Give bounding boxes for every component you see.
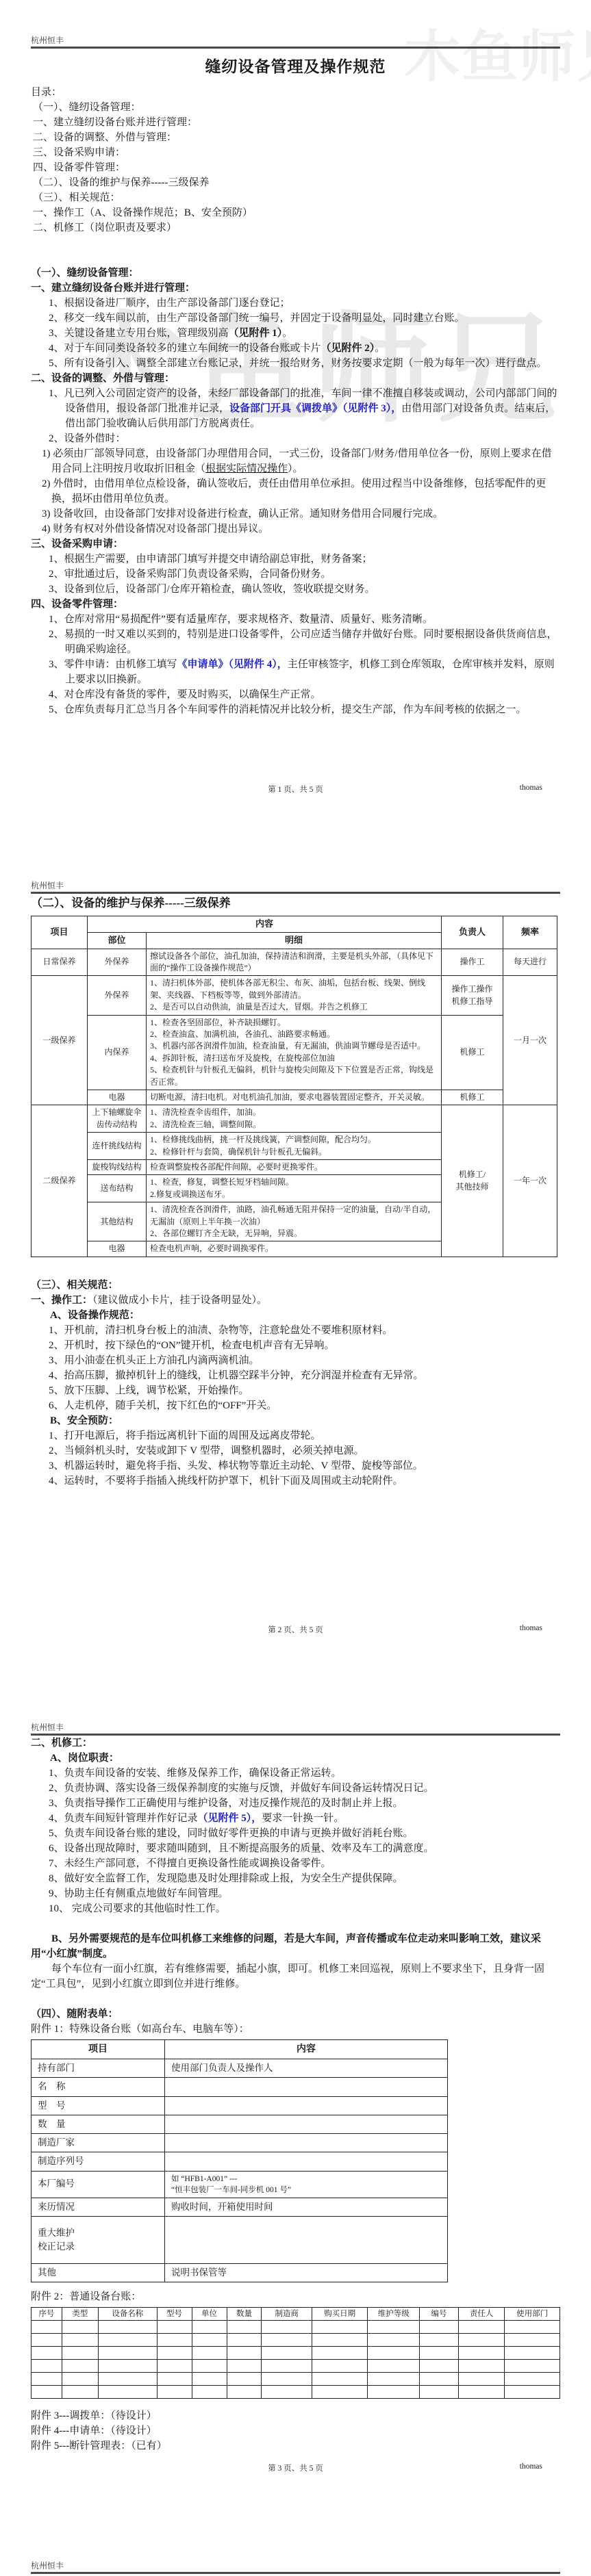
table-cell (62, 2334, 98, 2347)
toc-item: 一、操作工（A、设备操作规范；B、安全预防） (31, 205, 560, 220)
paragraph: 2、审批通过后，设备采购部门负责设备采购，合同备份财务。 (31, 567, 560, 582)
toc-item: 二、机修工（岗位职责及要求） (31, 220, 560, 235)
paragraph: 8、做好安全监督工作，发现隐患及时处理排除或上报，为安全生产提供保障。 (31, 1871, 560, 1886)
table-cell: 上下轴螺旋伞齿传动结构 (88, 1105, 147, 1133)
table-row: 名 称 (32, 2078, 448, 2096)
table-cell: 来历情况 (32, 2198, 165, 2216)
table-row (32, 2373, 560, 2386)
text-run (31, 237, 34, 248)
table-cell: 1、检查，修复，调整长短牙档轴间隙。 2.修复或调换送布牙。 (147, 1175, 442, 1202)
page-4: 杭州恒丰 (0, 2532, 591, 2576)
table-row: 持有部门使用部门负责人及操作人 (32, 2059, 448, 2078)
table-cell (505, 2321, 560, 2334)
table-cell (62, 2373, 98, 2386)
text-run: 2、易损的一时又难以买到的，特别是进口设备零件，公司应适当储存并做好台账。同时要… (49, 629, 557, 655)
table-cell: 送布结构 (88, 1175, 147, 1202)
attachment1-table: 项目内容持有部门使用部门负责人及操作人名 称 型 号 数 量 制造厂家 制造序列… (31, 2039, 448, 2282)
column-header: 类型 (62, 2308, 98, 2321)
table-cell (62, 2360, 98, 2373)
table-cell: 内保养 (88, 1015, 147, 1090)
text-run: 一、建立缝纫设备台账并进行管理： (33, 117, 197, 128)
table-cell (32, 2334, 62, 2347)
column-header: 设备名称 (98, 2308, 157, 2321)
column-header: 项目 (32, 2040, 165, 2059)
paragraph: 附件 4---申请单：（待设计） (31, 2423, 560, 2438)
text-run: 每个车位有一面小红旗，若有维修需要，插起小旗，即可。机修工来回巡视，原则上不要求… (31, 1963, 544, 1989)
table-cell (32, 2373, 62, 2386)
text-run: 一、建立缝纫设备台账并进行管理： (31, 283, 195, 294)
section-heading: 三、设备采购申请： (31, 537, 560, 552)
table-cell: 外保养 (88, 949, 147, 976)
table-row: 电器切断电源，清扫电机。对电机油孔加油，要求电器装置固定整齐，开关灵敏。机修工 (32, 1090, 557, 1105)
footer-author: thomas (520, 2462, 542, 2471)
paragraph: 9、协助主任有侧重点地做好车间管理。 (31, 1886, 560, 1901)
table-cell (419, 2321, 458, 2334)
paragraph: 3) 设备收回，由设备部门安排对设备进行检查，确认正常。通知财务借用合同履行完成… (31, 506, 560, 521)
text-run: 4、抬高压脚，撤掉机针上的缝线，让机器空踩半分钟，充分润湿并检查有无异常。 (49, 1370, 424, 1381)
section-heading: 四、设备零件管理： (31, 597, 560, 612)
table-cell: 如 “HFB1-A001” --- “恒丰包装厂一车间-同步机 001 号” (165, 2171, 448, 2198)
document-title: 缝纫设备管理及操作规范 (31, 54, 560, 77)
table-cell: 日常保养 (32, 949, 88, 976)
table-cell (505, 2373, 560, 2386)
paragraph: 3、设备到位后，设备部门/仓库开箱检查，确认签收，签收联提交财务。 (31, 582, 560, 597)
paragraph: 5、仓库负责每月汇总当月各个车间零件的消耗情况并比较分析，提交生产部，作为车间考… (31, 702, 560, 717)
page-header-company: 杭州恒丰 (31, 881, 560, 894)
attachment-notes: 附件 3---调拨单：（待设计）附件 4---申请单：（待设计）附件 5---断… (31, 2408, 560, 2453)
table-row: 其他说明书保管等 (32, 2263, 448, 2282)
column-header: 项目 (32, 916, 88, 949)
table-cell (32, 2386, 62, 2399)
table-cell (62, 2347, 98, 2360)
table-cell (192, 2373, 227, 2386)
spacer (31, 1992, 560, 2007)
paragraph: B、另外需要规范的是车位叫机修工来维修的问题，若是大车间，声音传播或车位走动来叫… (31, 1931, 560, 1961)
column-header: 内容 (165, 2040, 448, 2059)
text-run: 二、机修工（岗位职责及要求） (33, 222, 177, 233)
table-cell (459, 2334, 505, 2347)
text-run: ）。 (288, 463, 303, 474)
table-cell: 名 称 (32, 2078, 165, 2096)
page-footer: 第 1 页、共 5 页 thomas (31, 784, 560, 795)
table-cell (459, 2347, 505, 2360)
column-header: 单位 (192, 2308, 227, 2321)
table-row: 制造序列号 (32, 2152, 448, 2171)
text-run: 2、设备外借时： (49, 433, 126, 444)
text-run: 5、负责车间设备台账的建设，同时做好零件更换的申请与更换并做好消耗台账。 (49, 1828, 414, 1839)
text-run: （建议做成小卡片，挂于设备明显处）。 (92, 1295, 267, 1306)
table-cell (368, 2386, 419, 2399)
table-cell (312, 2360, 368, 2373)
table-cell (98, 2373, 157, 2386)
paragraph: 4) 财务有权对外借设备情况对设备部门提出异议。 (31, 521, 560, 537)
table-cell (157, 2347, 192, 2360)
table-cell (62, 2386, 98, 2399)
paragraph: 2、设备外借时： (31, 431, 560, 446)
text-run: 一、操作工（A、设备操作规范；B、安全预防） (33, 207, 253, 218)
toc-item: （一）、缝纫设备管理： (31, 100, 560, 115)
paragraph: 3、机器运转时，避免将手指、头发、棒状物等靠近主动轮、V 型带、旋梭等部位。 (31, 1458, 560, 1473)
text-run: 1、仓库对常用“易损配件”要有适量库存，要求规格齐、数量清、质量好、账务清晰。 (49, 614, 433, 625)
table-cell (192, 2360, 227, 2373)
text-run: 1、打开电源后，将手指远离机针下面的周围及远离皮带轮。 (49, 1430, 321, 1441)
table-cell: 持有部门 (32, 2059, 165, 2078)
text-run: 6、设备出现故障时，要求随叫随到，且不断提高服务的质量、效率及车工的满意度。 (49, 1843, 434, 1854)
section-heading: A、设备操作规范： (31, 1308, 560, 1323)
section-heading: 二、设备的调整、外借与管理： (31, 371, 560, 386)
text-run: 3) 设备收回，由设备部门安排对设备进行检查，确认正常。通知财务借用合同履行完成… (42, 508, 443, 519)
text-run: （二）、设备的维护与保养-----三级保养 (33, 177, 209, 188)
table-cell (419, 2373, 458, 2386)
table-cell: 其他结构 (88, 1202, 147, 1241)
text-run: 9、协助主任有侧重点地做好车间管理。 (49, 1888, 229, 1899)
column-header: 购买日期 (312, 2308, 368, 2321)
table-cell (262, 2321, 312, 2334)
table-cell (459, 2321, 505, 2334)
paragraph: 每个车位有一面小红旗，若有维修需要，插起小旗，即可。机修工来回巡视，原则上不要求… (31, 1961, 560, 1992)
table-cell (98, 2334, 157, 2347)
table-cell (32, 2360, 62, 2373)
table-cell: 购收时间，开箱使用时间 (165, 2198, 448, 2216)
maintenance-table: 项目内容负责人频率部位明细日常保养外保养擦试设备各个部位，油孔加油，保持清洁和润… (31, 916, 557, 1257)
page-3: 杭州恒丰 二、机修工：A、岗位职责：1、负责车间设备的安装、维修及保养工作，确保… (0, 1687, 591, 2532)
column-header: 内容 (88, 916, 442, 933)
page-footer: 第 2 页、共 5 页 thomas (31, 1624, 560, 1635)
text-run (31, 1918, 34, 1929)
table-cell: 连杆挑线结构 (88, 1133, 147, 1160)
paragraph: 1、根据生产需要，由申请部门填写并提交申请给副总审批，财务备案； (31, 552, 560, 567)
table-cell: 操作工 (442, 949, 503, 976)
attachment-link: 《申请单》（见附件 4）， (177, 659, 288, 670)
paragraph: 附件 5---断针管理表：（已有） (31, 2438, 560, 2453)
paragraph: 1) 必须由厂部领导同意，由设备部门办理借用合同，一式三份，设备部门/财务/借用… (31, 446, 560, 476)
table-cell (98, 2321, 157, 2334)
text-run: 要求一针换一针。 (262, 1813, 344, 1824)
attachment2-heading: 附件 2：普通设备台账： (31, 2289, 560, 2304)
table-row: 型 号 (32, 2096, 448, 2115)
text-run: 2、当倾斜机头时，安装或卸下 V 型带，调整机器时，必须关掉电源。 (49, 1445, 364, 1456)
table-cell (262, 2386, 312, 2399)
text-run: 3、用小油壶在机头正上方油孔内滴两滴机油。 (49, 1355, 260, 1366)
table-cell: 其他 (32, 2263, 165, 2282)
attachment-link: （见附件 5）， (198, 1813, 262, 1824)
column-header: 频率 (503, 916, 557, 949)
toc-item: 一、建立缝纫设备台账并进行管理： (31, 115, 560, 130)
table-cell: 操作工操作 机修工指导 (442, 976, 503, 1015)
table-cell: 机修工 (442, 1015, 503, 1090)
text-run: 6、人走机停，随手关机，按下红色的“OFF”开关。 (49, 1400, 277, 1411)
text-run: （一）、缝纫设备管理： (31, 268, 139, 279)
text-run: 4、运转时，不要将手指插入挑线杆防护罩下，机针下面及周围或主动轮附件。 (49, 1476, 403, 1486)
column-header: 部位 (88, 932, 147, 949)
section-heading: A、岗位职责： (31, 1751, 560, 1766)
table-cell (165, 2216, 448, 2263)
table-cell (262, 2360, 312, 2373)
page2-body: （三）、相关规范：一、操作工：（建议做成小卡片，挂于设备明显处）。A、设备操作规… (31, 1278, 560, 1489)
paragraph: 4、对仓库没有备货的零件，要及时购买，以确保生产正常。 (31, 687, 560, 702)
table-cell (505, 2386, 560, 2399)
table-cell: 制造厂家 (32, 2134, 165, 2152)
table-cell (419, 2334, 458, 2347)
table-row: 来历情况购收时间，开箱使用时间 (32, 2198, 448, 2216)
table-cell (227, 2373, 262, 2386)
text-run: 2、负责协调、落实设备三级保养制度的实施与反馈，并做好车间设备运转情况日记。 (49, 1783, 434, 1794)
table-cell (98, 2360, 157, 2373)
page-1: 木鱼师兄 木鱼师兄 杭州恒丰 缝纫设备管理及操作规范 目录：（一）、缝纫设备管理… (0, 0, 591, 845)
table-cell (227, 2334, 262, 2347)
text-run: 2) 外借时，由借用单位点检设备，确认签收后，责任由借用单位承担。使用过程当中设… (42, 478, 546, 504)
text-run: 附件 5---断针管理表：（已有） (31, 2440, 167, 2451)
text-run: 3、机器运转时，避免将手指、头发、棒状物等靠近主动轮、V 型带、旋梭等部位。 (49, 1460, 423, 1471)
column-header: 数量 (227, 2308, 262, 2321)
text-run: 3、负责指导操作工正确使用与维护设备，对违反操作规范的及时制止并上报。 (49, 1798, 403, 1809)
text-run: 。 (282, 328, 292, 339)
page-header-company: 杭州恒丰 (31, 2561, 560, 2574)
table-cell (368, 2334, 419, 2347)
table-cell (165, 2115, 448, 2133)
table-cell (262, 2373, 312, 2386)
text-run: 5、所有设备引入、调整全部建立台账记录，并统一报给财务，财务按要求定期（一般为每… (49, 358, 547, 369)
column-header: 序号 (32, 2308, 62, 2321)
paragraph: 4、负责车间短针管理并作好记录（见附件 5），要求一针换一针。 (31, 1811, 560, 1826)
page-number: 第 2 页、共 5 页 (31, 1624, 560, 1635)
column-header: 负责人 (442, 916, 503, 949)
text-run: 7、未经生产部同意，不得擅自更换设备性能或调换设备零件。 (49, 1858, 331, 1869)
column-header: 使用部门 (505, 2308, 560, 2321)
table-cell: 1、检修挑线曲柄，挑一杆及挑线簧，产调整间隙，配合均匀。 2、检修针杆与套筒，确… (147, 1133, 442, 1160)
text-run: 8、做好安全监督工作，发现隐患及时处理排除或上报，为安全生产提供保障。 (49, 1873, 403, 1884)
table-cell: 电器 (88, 1090, 147, 1105)
table-cell (157, 2321, 192, 2334)
page-2: 杭州恒丰 （二）、设备的维护与保养-----三级保养 项目内容负责人频率部位明细… (0, 845, 591, 1687)
table-row: 项目内容 (32, 2040, 448, 2059)
table-cell (459, 2360, 505, 2373)
table-cell: 检查电机声响，必要时调换零件。 (147, 1241, 442, 1257)
paragraph: 4、抬高压脚，撤掉机针上的缝线，让机器空踩半分钟，充分润湿并检查有无异常。 (31, 1368, 560, 1383)
table-cell (157, 2386, 192, 2399)
table-cell: 旋梭钩线结构 (88, 1159, 147, 1174)
table-cell: 机修工/ 其他技师 (442, 1105, 503, 1257)
table-cell (368, 2373, 419, 2386)
table-cell (32, 2321, 62, 2334)
paragraph: 5、所有设备引入、调整全部建立台账记录，并统一报给财务，财务按要求定期（一般为每… (31, 356, 560, 371)
table-cell: 制造序列号 (32, 2152, 165, 2171)
section-heading: 一、操作工：（建议做成小卡片，挂于设备明显处）。 (31, 1293, 560, 1308)
table-cell (157, 2360, 192, 2373)
text-run: 3、关键设备建立专用台账，管理级别高 (49, 328, 229, 339)
text-run: 4、对于车间同类设备较多的建立车间统一的设备台账或卡片 (49, 343, 321, 354)
table-cell (157, 2373, 192, 2386)
section-heading: （四）、随附表单： (31, 2007, 560, 2022)
toc-item: （二）、设备的维护与保养-----三级保养 (31, 175, 560, 190)
text-run: （见附件 2） (321, 343, 375, 354)
text-run: （三）、相关规范： (31, 1280, 118, 1291)
table-cell: 说明书保管等 (165, 2263, 448, 2282)
table-cell (312, 2321, 368, 2334)
table-cell (32, 2347, 62, 2360)
paragraph: 1、凡已列入公司固定资产的设备，未经厂部设备部门的批准，车间一律不准擅自移装或调… (31, 386, 560, 431)
paragraph: 2、负责协调、落实设备三级保养制度的实施与反馈，并做好车间设备运转情况日记。 (31, 1781, 560, 1796)
text-run: A、岗位职责： (50, 1753, 119, 1764)
text-run: B、另外需要规范的是车位叫机修工来维修的问题，若是大车间，声音传播或车位走动来叫… (31, 1933, 541, 1959)
table-row: 制造厂家 (32, 2134, 448, 2152)
paragraph: 2) 外借时，由借用单位点检设备，确认签收后，责任由借用单位承担。使用过程当中设… (31, 476, 560, 506)
table-row: 日常保养外保养擦试设备各个部位，油孔加油，保持清洁和润滑，主要是机头外部，（具体… (32, 949, 557, 976)
text-run: （见附件 1） (229, 328, 283, 339)
table-cell (419, 2386, 458, 2399)
table-cell (62, 2321, 98, 2334)
table-cell: 一级保养 (32, 976, 88, 1105)
paragraph: 2、当倾斜机头时，安装或卸下 V 型带，调整机器时，必须关掉电源。 (31, 1443, 560, 1458)
text-run: 四、设备零件管理： (33, 162, 125, 173)
text-run: 三、设备采购申请： (33, 147, 125, 158)
page1-body: 目录：（一）、缝纫设备管理：一、建立缝纫设备台账并进行管理：二、设备的调整、外借… (31, 85, 560, 717)
column-header: 责任人 (459, 2308, 505, 2321)
toc-item: 二、设备的调整、外借与管理： (31, 130, 560, 145)
section-title-maintenance: （二）、设备的维护与保养-----三级保养 (31, 895, 560, 912)
text-run: 二、设备的调整、外借与管理： (33, 132, 177, 143)
table-row: 二级保养上下轴螺旋伞齿传动结构1、清洗检查伞齿组件，加油。 2、清洗检查三轴，调… (32, 1105, 557, 1133)
table-cell: 本厂编号 (32, 2171, 165, 2198)
page-header-company: 杭州恒丰 (31, 36, 560, 49)
page3-body: 二、机修工：A、岗位职责：1、负责车间设备的安装、维修及保养工作，确保设备正常运… (31, 1736, 560, 2037)
paragraph: 5、负责车间设备台账的建设，同时做好零件更换的申请与更换并做好消耗台账。 (31, 1826, 560, 1841)
text-run: 附件 3---调拨单：（待设计） (31, 2410, 157, 2421)
column-header: 明细 (147, 932, 442, 949)
table-row (32, 2321, 560, 2334)
table-cell: 电器 (88, 1241, 147, 1257)
table-cell (227, 2386, 262, 2399)
table-cell (312, 2386, 368, 2399)
text-run: 5、放下压脚、上线，调节松紧，开始操作。 (49, 1385, 249, 1396)
paragraph: 10、 完成公司要求的其他临时性工作。 (31, 1901, 560, 1916)
text-run: 4、对仓库没有备货的零件，要及时购买，以确保生产正常。 (49, 689, 321, 700)
text-run: 根据实际情况操作 (205, 463, 288, 474)
table-cell (368, 2321, 419, 2334)
toc-item: （三）、相关规范： (31, 190, 560, 205)
text-run: 二、机修工： (31, 1738, 92, 1749)
table-cell: 1、清扫机体外部，使机体各部无积尘、布灰、油垢，包括台板、线架、倒线架、夹线器、… (147, 976, 442, 1015)
table-cell (227, 2321, 262, 2334)
watermark: 木鱼师兄 (404, 12, 591, 92)
text-run: 一、操作工： (31, 1295, 92, 1306)
column-header: 维护等级 (368, 2308, 419, 2321)
spacer (31, 235, 560, 250)
paragraph: 1、开机前，清扫机身台板上的油渍、杂物等，注意轮盘处不要堆积原材料。 (31, 1323, 560, 1338)
paragraph: 1、负责车间设备的安装、维修及保养工作，确保设备正常运转。 (31, 1766, 560, 1781)
footer-author: thomas (520, 1624, 542, 1632)
table-cell: 数 量 (32, 2115, 165, 2133)
table-cell (227, 2360, 262, 2373)
text-run: 目录： (31, 87, 62, 98)
page-number: 第 1 页、共 5 页 (31, 784, 560, 795)
page-number: 第 3 页、共 5 页 (31, 2462, 560, 2473)
page-header-company: 杭州恒丰 (31, 1723, 560, 1736)
text-run: 3、设备到位后，设备部门/仓库开箱检查，确认签收，签收联提交财务。 (49, 584, 375, 595)
table-cell (192, 2386, 227, 2399)
paragraph: 附件 3---调拨单：（待设计） (31, 2408, 560, 2423)
paragraph: 6、设备出现故障时，要求随叫随到，且不断提高服务的质量、效率及车工的满意度。 (31, 1841, 560, 1856)
table-cell (312, 2334, 368, 2347)
table-cell: 机修工 (442, 1090, 503, 1105)
table-cell (192, 2347, 227, 2360)
paragraph: 1、打开电源后，将手指远离机针下面的周围及远离皮带轮。 (31, 1428, 560, 1443)
column-header: 制造商 (262, 2308, 312, 2321)
text-run: 2、开机时，按下绿色的“ON”键开机，检查电机声音有无异响。 (49, 1340, 334, 1351)
table-row: 本厂编号如 “HFB1-A001” --- “恒丰包装厂一车间-同步机 001 … (32, 2171, 448, 2198)
table-cell (165, 2134, 448, 2152)
section-heading: （一）、缝纫设备管理： (31, 266, 560, 281)
toc-item: 目录： (31, 85, 560, 100)
table-cell: 每天进行 (503, 949, 557, 976)
text-run: 4) 财务有权对外借设备情况对设备部门提出异议。 (42, 524, 268, 534)
text-run: 三、设备采购申请： (31, 539, 123, 550)
table-cell (157, 2334, 192, 2347)
table-cell (368, 2347, 419, 2360)
table-cell (262, 2347, 312, 2360)
table-row: 重大维护 校正记录 (32, 2216, 448, 2263)
table-cell (98, 2386, 157, 2399)
text-run: 。 (375, 343, 385, 354)
paragraph: 3、负责指导操作工正确使用与维护设备，对违反操作规范的及时制止并上报。 (31, 1796, 560, 1811)
text-run: A、设备操作规范： (50, 1310, 140, 1321)
page-footer: 第 3 页、共 5 页 thomas (31, 2462, 560, 2473)
paragraph: 2、移交一线车间以前，由生产部设备部门统一编号，并固定于设备明显处，同时建立台账… (31, 311, 560, 326)
toc-item: 三、设备采购申请： (31, 145, 560, 160)
table-cell (419, 2360, 458, 2373)
table-cell (192, 2334, 227, 2347)
table-cell (505, 2334, 560, 2347)
table-cell (165, 2152, 448, 2171)
text-run: 2、移交一线车间以前，由生产部设备部门统一编号，并固定于设备明显处，同时建立台账… (49, 313, 465, 324)
table-cell: 切断电源，清扫电机。对电机油孔加油，要求电器装置固定整齐，开关灵敏。 (147, 1090, 442, 1105)
column-header: 型号 (157, 2308, 192, 2321)
paragraph: 6、人走机停，随手关机，按下红色的“OFF”开关。 (31, 1398, 560, 1413)
table-cell (227, 2347, 262, 2360)
table-row (32, 2334, 560, 2347)
table-cell: 一月一次 (503, 976, 557, 1105)
paragraph: 1、根据设备进厂顺序，由生产部设备部门逐台登记； (31, 296, 560, 311)
table-cell: 使用部门负责人及操作人 (165, 2059, 448, 2078)
table-row: 内保养1、检查各坚固部位，补齐缺损螺钉。 2、检查油盒、加满机油，各油孔、油路要… (32, 1015, 557, 1090)
footer-author: thomas (520, 784, 542, 792)
paragraph: 5、放下压脚、上线，调节松紧，开始操作。 (31, 1383, 560, 1398)
table-cell: 二级保养 (32, 1105, 88, 1257)
table-cell: 检查调整旋梭各部配件间隙，必要时更换零件。 (147, 1159, 442, 1174)
paragraph: 2、易损的一时又难以买到的，特别是进口设备零件，公司应适当储存并做好台账。同时要… (31, 627, 560, 657)
text-run: 1、根据设备进厂顺序，由生产部设备部门逐台登记； (49, 298, 290, 309)
paragraph: 2、开机时，按下绿色的“ON”键开机，检查电机声音有无异响。 (31, 1338, 560, 1353)
table-row (32, 2386, 560, 2399)
text-run: 2、审批通过后，设备采购部门负责设备采购，合同备份财务。 (49, 569, 331, 580)
table-cell: 1、清洗检查伞齿组件，加油。 2、清洗检查三轴，调整间隙。 (147, 1105, 442, 1133)
text-run: 二、设备的调整、外借与管理： (31, 373, 175, 384)
text-run: 5、仓库负责每月汇总当月各个车间零件的消耗情况并比较分析，提交生产部，作为车间考… (49, 704, 527, 715)
table-cell (165, 2078, 448, 2096)
paragraph: 7、未经生产部同意，不得擅自更换设备性能或调换设备零件。 (31, 1856, 560, 1871)
toc-item: 四、设备零件管理： (31, 160, 560, 175)
table-row (32, 2347, 560, 2360)
table-cell (419, 2347, 458, 2360)
table-cell (505, 2360, 560, 2373)
table-cell (459, 2386, 505, 2399)
table-row: 数 量 (32, 2115, 448, 2133)
table-cell (505, 2347, 560, 2360)
paragraph: 1、仓库对常用“易损配件”要有适量库存，要求规格齐、数量清、质量好、账务清晰。 (31, 612, 560, 627)
table-cell (368, 2360, 419, 2373)
section-heading: 一、建立缝纫设备台账并进行管理： (31, 281, 560, 296)
table-cell: 重大维护 校正记录 (32, 2216, 165, 2263)
